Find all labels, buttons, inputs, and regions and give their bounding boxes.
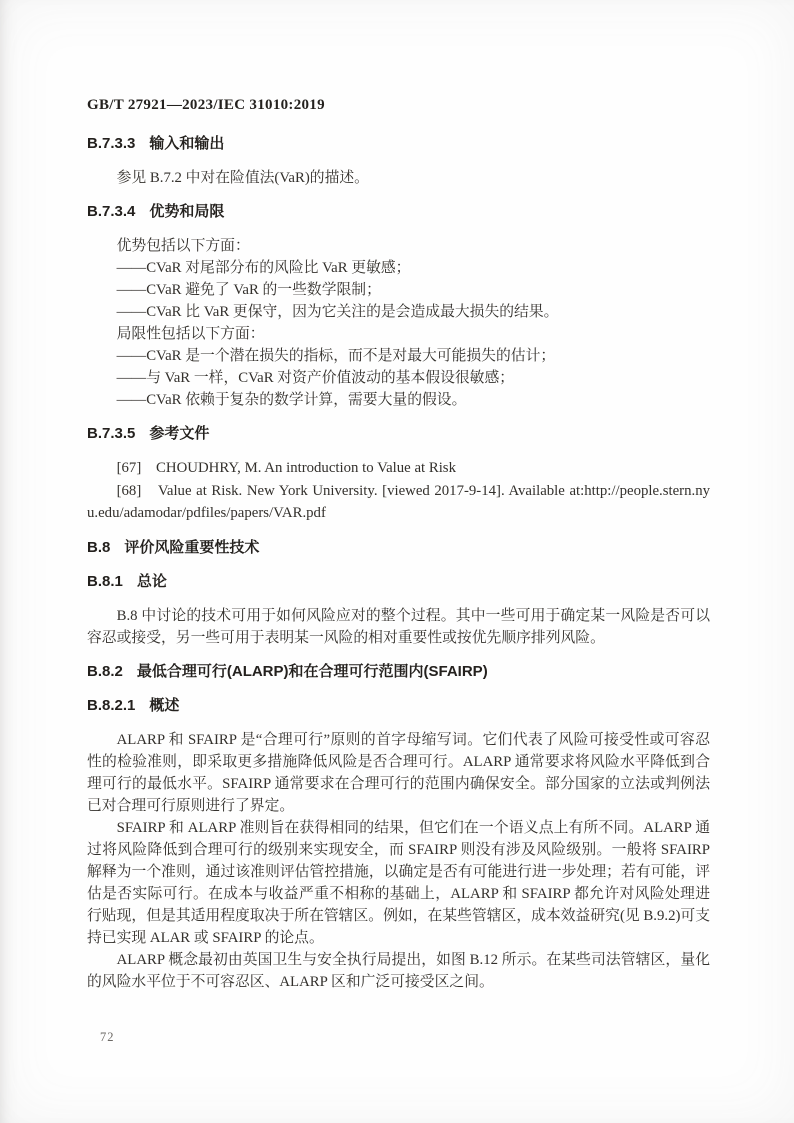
page-number: 72 <box>100 1030 115 1045</box>
paragraph-sfairp-comparison: SFAIRP 和 ALARP 准则旨在获得相同的结果，但它们在一个语义点上有所不… <box>87 817 710 949</box>
heading-b733: B.7.3.3输入和输出 <box>87 133 710 155</box>
heading-title: 优势和局限 <box>149 203 224 220</box>
paragraph-strengths-intro: 优势包括以下方面： <box>87 235 710 257</box>
dash-item: ——CVaR 对尾部分布的风险比 VaR 更敏感； <box>87 257 710 279</box>
document-page: GB/T 27921—2023/IEC 31010:2019 B.7.3.3输入… <box>0 0 794 1123</box>
paragraph-alarp-origin: ALARP 概念最初由英国卫生与安全执行局提出，如图 B.12 所示。在某些司法… <box>87 949 710 993</box>
heading-title: 参考文件 <box>149 425 209 442</box>
heading-number: B.8.2 <box>87 663 123 680</box>
heading-b821: B.8.2.1概述 <box>87 695 710 717</box>
heading-title: 最低合理可行(ALARP)和在合理可行范围内(SFAIRP) <box>137 663 488 680</box>
paragraph-limitations-intro: 局限性包括以下方面： <box>87 323 710 345</box>
dash-item: ——CVaR 比 VaR 更保守，因为它关注的是会造成最大损失的结果。 <box>87 301 710 323</box>
paragraph-b81-general: B.8 中讨论的技术可用于如何风险应对的整个过程。其中一些可用于确定某一风险是否… <box>87 605 710 649</box>
dash-item: ——CVaR 依赖于复杂的数学计算，需要大量的假设。 <box>87 389 710 411</box>
heading-title: 概述 <box>149 697 179 714</box>
reference-item-68: [68] Value at Risk. New York University.… <box>87 480 710 525</box>
paragraph-alarp-definition: ALARP 和 SFAIRP 是“合理可行”原则的首字母缩写词。它们代表了风险可… <box>87 729 710 817</box>
heading-title: 输入和输出 <box>149 135 224 152</box>
dash-item: ——CVaR 避免了 VaR 的一些数学限制； <box>87 279 710 301</box>
heading-b734: B.7.3.4优势和局限 <box>87 201 710 223</box>
reference-item-67: [67] CHOUDHRY, M. An introduction to Val… <box>87 457 710 480</box>
dash-item: ——CVaR 是一个潜在损失的指标，而不是对最大可能损失的估计； <box>87 345 710 367</box>
heading-number: B.8.2.1 <box>87 697 135 714</box>
dash-item: ——与 VaR 一样，CVaR 对资产价值波动的基本假设很敏感； <box>87 367 710 389</box>
heading-b735: B.7.3.5参考文件 <box>87 423 710 445</box>
heading-number: B.7.3.4 <box>87 203 135 220</box>
heading-b81: B.8.1总论 <box>87 571 710 593</box>
heading-b82: B.8.2最低合理可行(ALARP)和在合理可行范围内(SFAIRP) <box>87 661 710 683</box>
heading-title: 总论 <box>137 573 167 590</box>
heading-b8: B.8评价风险重要性技术 <box>87 537 710 559</box>
heading-number: B.8 <box>87 539 110 556</box>
paragraph-var-reference: 参见 B.7.2 中对在险值法(VaR)的描述。 <box>87 167 710 189</box>
heading-number: B.7.3.5 <box>87 425 135 442</box>
heading-title: 评价风险重要性技术 <box>124 539 259 556</box>
heading-number: B.8.1 <box>87 573 123 590</box>
heading-number: B.7.3.3 <box>87 135 135 152</box>
standard-number-header: GB/T 27921—2023/IEC 31010:2019 <box>87 95 710 115</box>
